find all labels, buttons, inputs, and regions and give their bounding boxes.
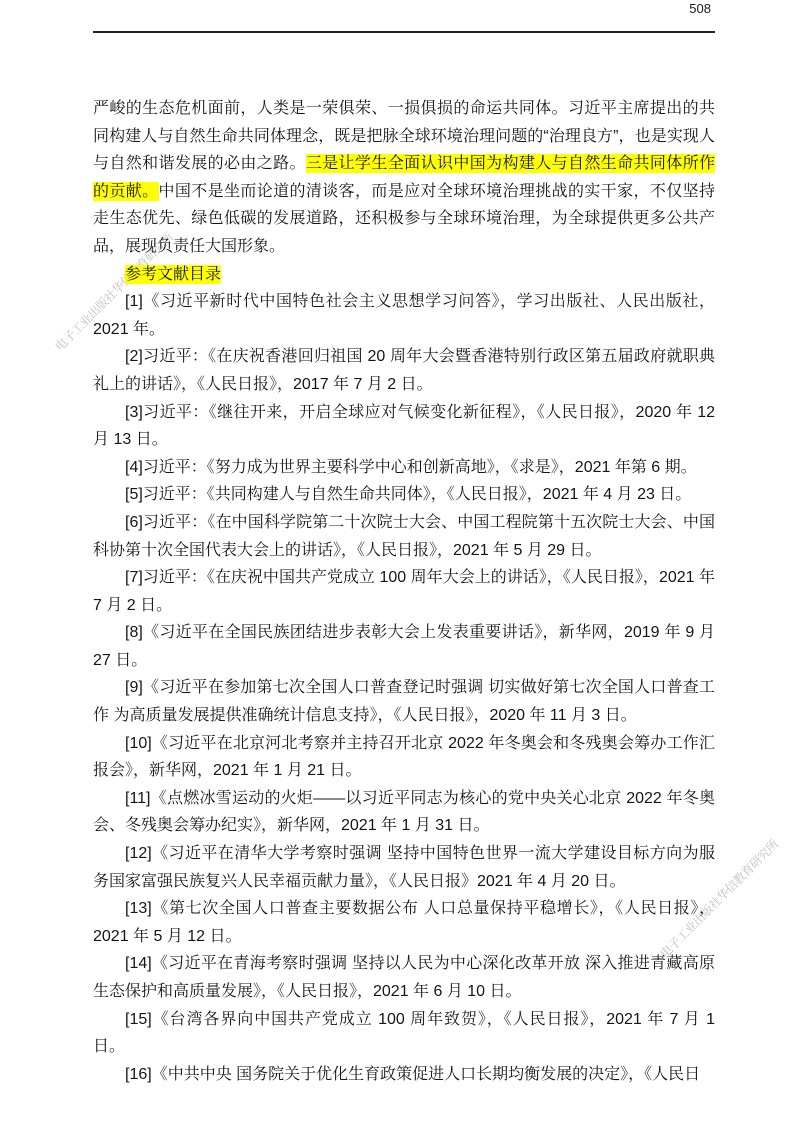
reference-item: [7]习近平：《在庆祝中国共产党成立 100 周年大会上的讲话》，《人民日报》，… <box>93 564 715 619</box>
reference-item: [5]习近平：《共同构建人与自然生命共同体》，《人民日报》，2021 年 4 月… <box>93 481 715 509</box>
reference-item: [15]《台湾各界向中国共产党成立 100 周年致贺》，《人民日报》，2021 … <box>93 1006 715 1061</box>
reference-item: [1]《习近平新时代中国特色社会主义思想学习问答》，学习出版社、人民出版社，20… <box>93 288 715 343</box>
page-number: 508 <box>689 1 711 17</box>
page-content: 严峻的生态危机面前，人类是一荣俱荣、一损俱损的命运共同体。习近平主席提出的共同构… <box>93 95 715 1088</box>
reference-item: [16]《中共中央 国务院关于优化生育政策促进人口长期均衡发展的决定》，《人民日 <box>93 1061 715 1089</box>
reference-item: [8]《习近平在全国民族团结进步表彰大会上发表重要讲话》，新华网，2019 年 … <box>93 619 715 674</box>
reference-item: [2]习近平：《在庆祝香港回归祖国 20 周年大会暨香港特别行政区第五届政府就职… <box>93 343 715 398</box>
reference-item: [9]《习近平在参加第七次全国人口普查登记时强调 切实做好第七次全国人口普查工作… <box>93 674 715 729</box>
paragraph-text-post: 中国不是坐而论道的清谈客，而是应对全球环境治理挑战的实干家，不仅坚持走生态优先、… <box>93 183 715 255</box>
reference-item: [11]《点燃冰雪运动的火炬——以习近平同志为核心的党中央关心北京 2022 年… <box>93 785 715 840</box>
document-page: 508 电子工业出版社华信教育研究所 电子工业出版社华信教育研究所 严峻的生态危… <box>0 0 793 1122</box>
reference-item: [10]《习近平在北京河北考察并主持召开北京 2022 年冬奥会和冬残奥会筹办工… <box>93 730 715 785</box>
body-paragraph: 严峻的生态危机面前，人类是一荣俱荣、一损俱损的命运共同体。习近平主席提出的共同构… <box>93 95 715 261</box>
reference-item: [4]习近平：《努力成为世界主要科学中心和创新高地》，《求是》，2021 年第 … <box>93 454 715 482</box>
references-heading: 参考文献目录 <box>93 261 715 289</box>
references-heading-highlight: 参考文献目录 <box>125 265 221 284</box>
header-rule <box>93 31 715 33</box>
reference-item: [12]《习近平在清华大学考察时强调 坚持中国特色世界一流大学建设目标方向为服务… <box>93 840 715 895</box>
reference-item: [13]《第七次全国人口普查主要数据公布 人口总量保持平稳增长》，《人民日报》，… <box>93 895 715 950</box>
reference-item: [3]习近平：《继往开来，开启全球应对气候变化新征程》，《人民日报》，2020 … <box>93 399 715 454</box>
reference-item: [6]习近平：《在中国科学院第二十次院士大会、中国工程院第十五次院士大会、中国科… <box>93 509 715 564</box>
reference-item: [14]《习近平在青海考察时强调 坚持以人民为中心深化改革开放 深入推进青藏高原… <box>93 950 715 1005</box>
